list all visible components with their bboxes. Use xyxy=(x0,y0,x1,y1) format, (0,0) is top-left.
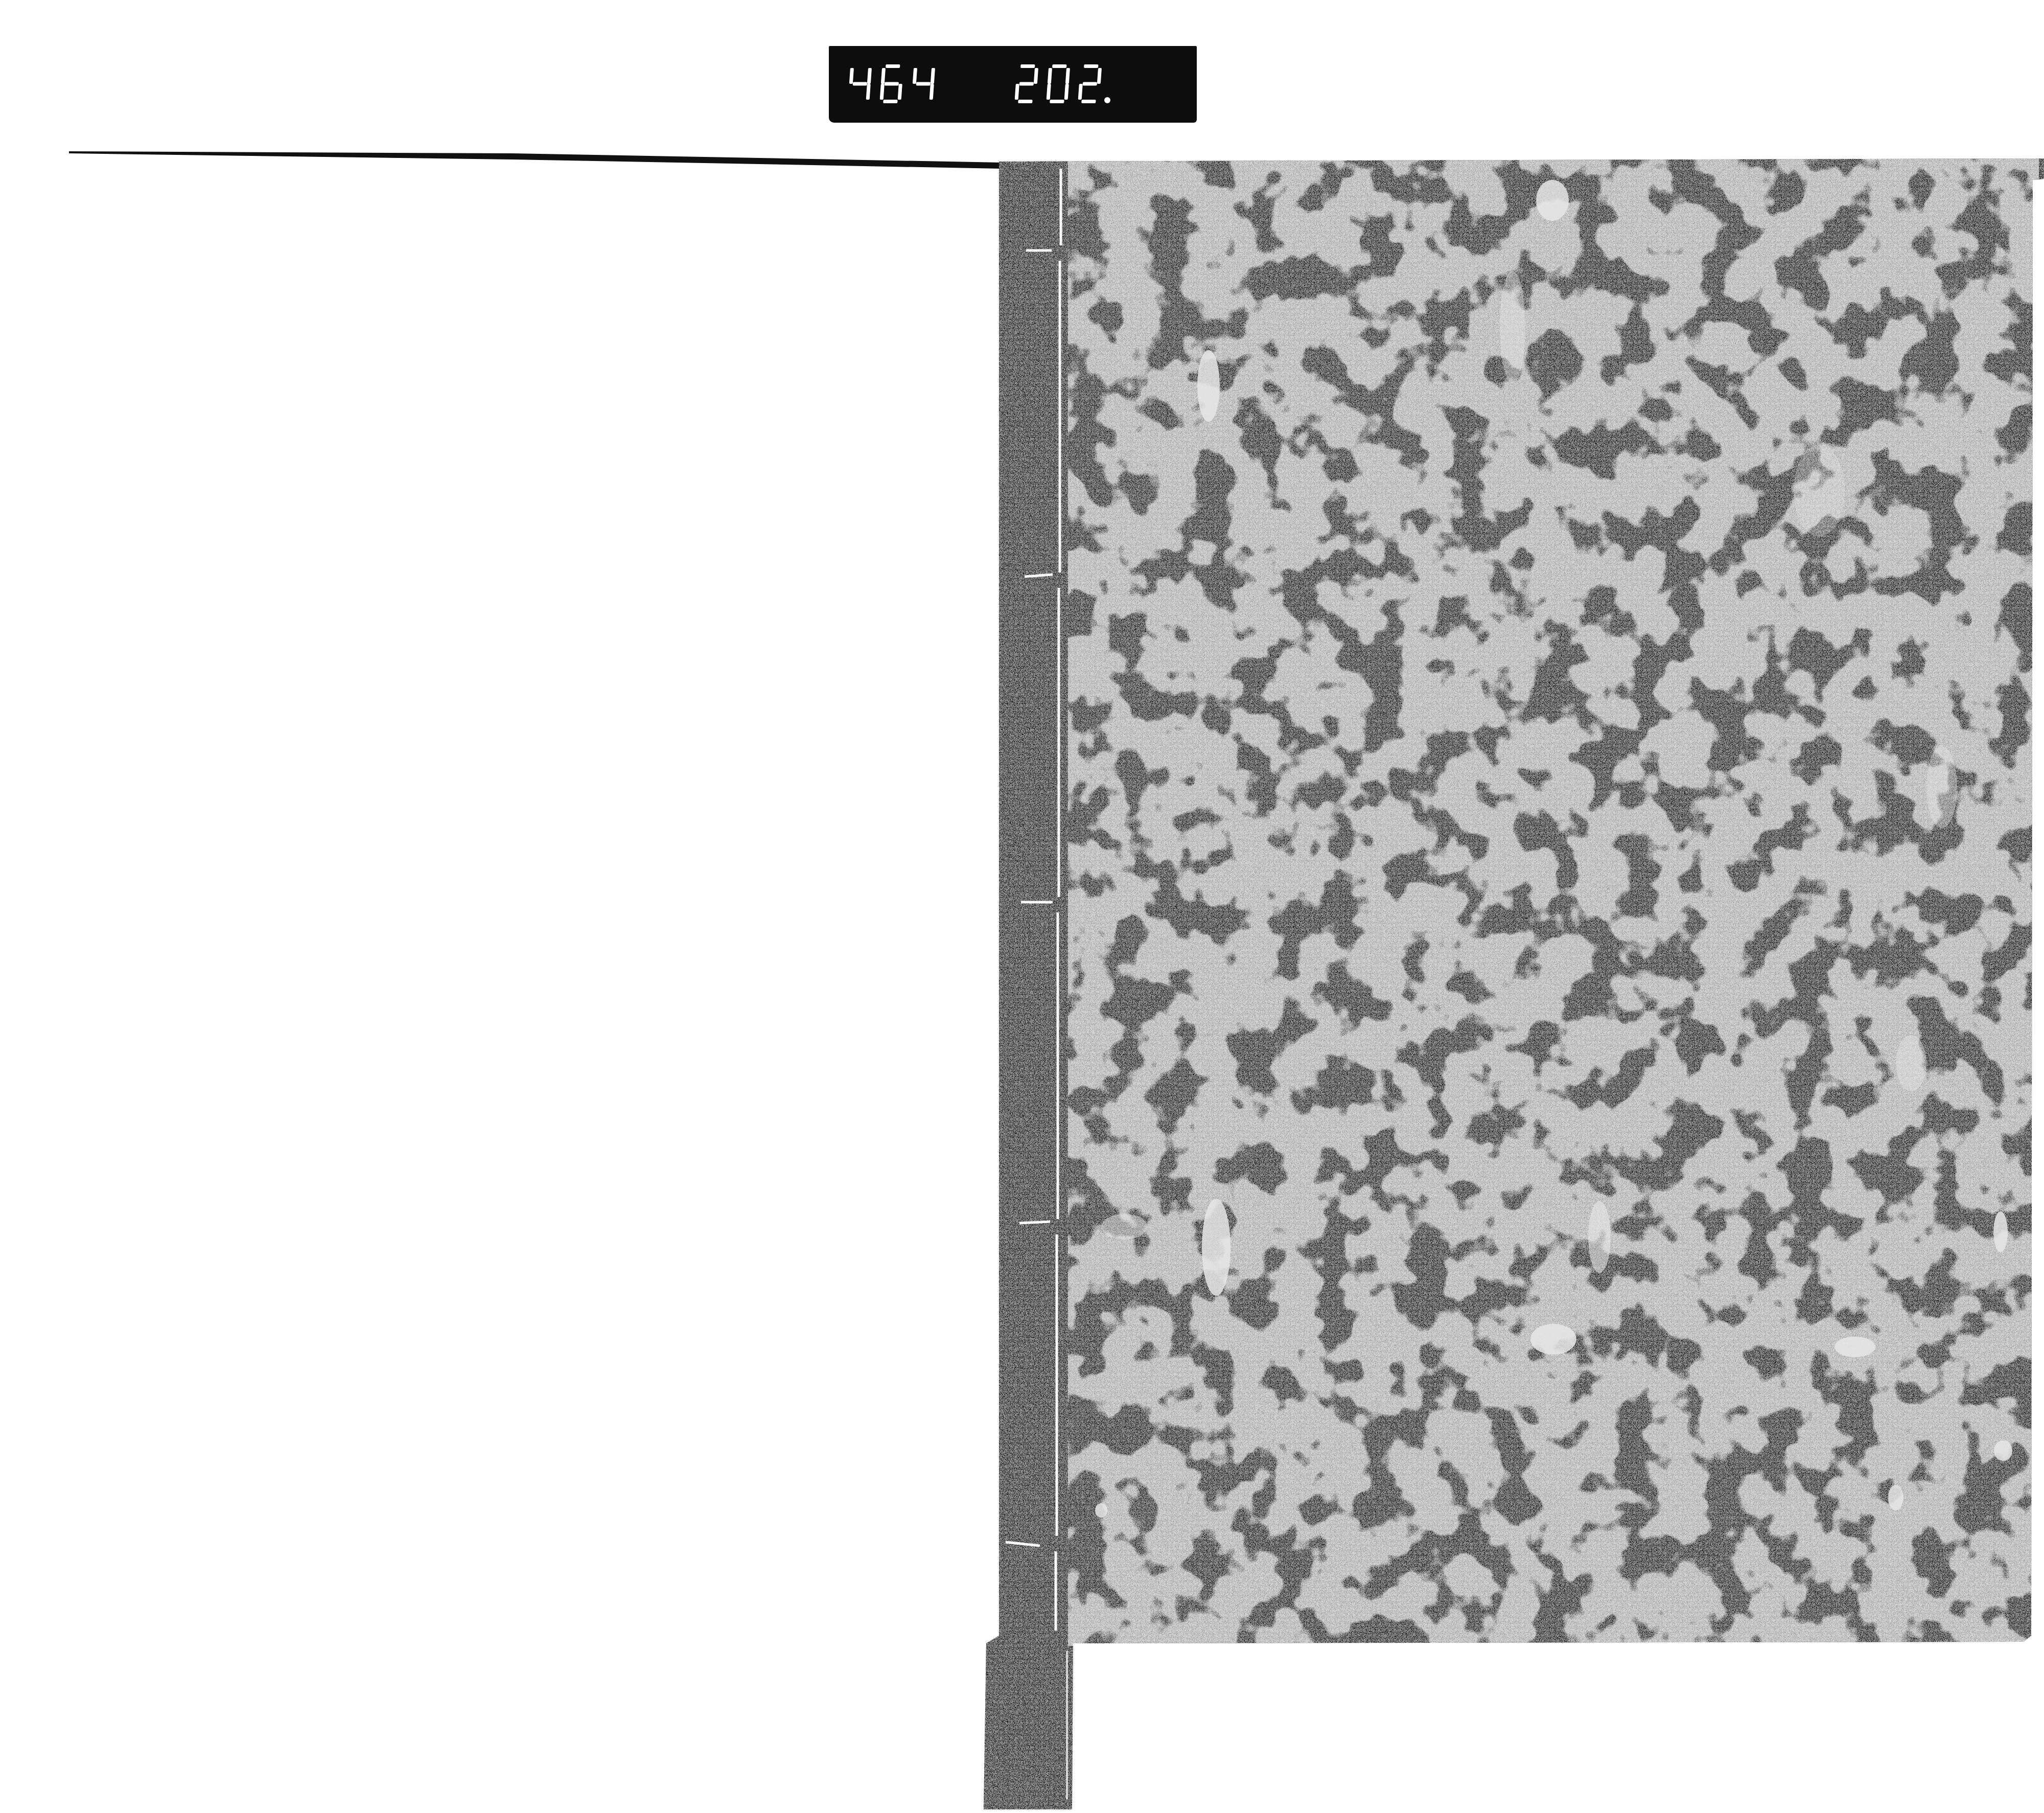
digit-2 xyxy=(1014,64,1038,103)
digit-4 xyxy=(848,68,872,100)
top-rule xyxy=(69,151,1002,169)
seven-segment-digits xyxy=(829,46,1197,123)
digit-4 xyxy=(912,68,935,100)
scanned-page xyxy=(0,0,2044,1813)
digit-6 xyxy=(879,64,903,103)
book xyxy=(971,153,2044,1813)
call-number-label: 464 202. xyxy=(829,46,1197,123)
digit-2 xyxy=(1078,64,1102,103)
digit-0 xyxy=(1046,64,1070,103)
